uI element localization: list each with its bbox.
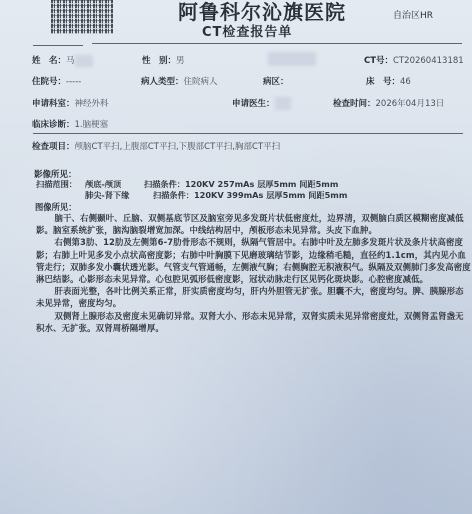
exam-time-field: 检查时间：2026年04月13日 bbox=[333, 97, 444, 109]
diagnosis-field: 临床诊断：1.脑梗塞 bbox=[32, 118, 108, 130]
exam-items-field: 检查项目：颅脑CT平扫,上腹部CT平扫,下腹部CT平扫,胸部CT平扫 bbox=[32, 140, 280, 152]
diagnosis-label: 临床诊断： bbox=[32, 120, 75, 130]
scan-range-2: 肺尖-肾下缘 bbox=[85, 190, 129, 201]
findings-text: 脑干、右侧颞叶、丘脑、双侧基底节区及脑室旁见多发斑片状低密度灶，边界清，双侧脑白… bbox=[36, 212, 472, 334]
redacted-name bbox=[75, 55, 93, 67]
scan-conditions-1: 扫描条件：120KV 257mAs 层厚5mm 间距5mm bbox=[144, 179, 338, 190]
patient-name-field: 姓 名：马 bbox=[32, 54, 93, 67]
report-paper: 阿鲁科尔沁旗医院 CT检查报告单 自治区HR 姓 名：马 性 别：男 CT号：C… bbox=[0, 0, 472, 514]
exam-items-value: 颅脑CT平扫,上腹部CT平扫,下腹部CT平扫,胸部CT平扫 bbox=[75, 142, 281, 152]
request-dept-label: 申请科室： bbox=[32, 99, 75, 109]
request-doctor-label: 申请医生： bbox=[232, 99, 275, 109]
request-doctor-field: 申请医生： bbox=[232, 97, 291, 110]
exam-items-label: 检查项目： bbox=[32, 142, 75, 152]
patient-name-label: 姓 名： bbox=[32, 56, 66, 66]
finding-chest: 右侧第3肋、12肋及左侧第6-7肋骨形态不规则，纵隔气管居中。右肺中叶及左肺多发… bbox=[36, 236, 472, 285]
inpatient-number-label: 住院号： bbox=[32, 77, 66, 87]
bed-number-field: 床 号：46 bbox=[366, 75, 411, 87]
ct-number-field: CT号：CT20260413181 bbox=[364, 54, 464, 66]
exam-time-label: 检查时间： bbox=[333, 99, 376, 109]
qr-code bbox=[51, 0, 113, 34]
request-dept-field: 申请科室：神经外科 bbox=[32, 97, 109, 109]
section-rule bbox=[33, 133, 463, 134]
region-code: 自治区HR bbox=[393, 8, 433, 21]
finding-brain: 脑干、右侧颞叶、丘脑、双侧基底节区及脑室旁见多发斑片状低密度灶，边界清，双侧脑白… bbox=[36, 212, 472, 236]
patient-type-field: 病人类型：住院病人 bbox=[141, 75, 218, 87]
scan-range-1: 颅底-颅顶 bbox=[85, 179, 121, 190]
ct-number-label: CT号： bbox=[364, 56, 393, 66]
patient-type-label: 病人类型： bbox=[141, 77, 184, 87]
gender-field: 性 别：男 bbox=[142, 54, 185, 66]
header-rule-left bbox=[33, 45, 83, 46]
patient-type-value: 住院病人 bbox=[184, 77, 218, 87]
ct-number-value: CT20260413181 bbox=[393, 56, 464, 66]
ward-label: 病区： bbox=[263, 77, 289, 87]
scan-range-label: 扫描范围： bbox=[36, 179, 77, 190]
diagnosis-value: 1.脑梗塞 bbox=[75, 120, 109, 130]
inpatient-number-value: ----- bbox=[66, 77, 81, 87]
exam-time-value: 2026年04月13日 bbox=[376, 99, 445, 109]
patient-name-value: 马 bbox=[66, 56, 75, 66]
redacted-field bbox=[268, 52, 316, 66]
bed-number-value: 46 bbox=[400, 77, 411, 87]
redacted-doctor bbox=[275, 97, 291, 110]
finding-kidneys: 双侧肾上腺形态及密度未见确切异常。双肾大小、形态未见异常，双肾实质未见异常密度灶… bbox=[36, 310, 472, 334]
finding-abdomen: 肝表面光整，各叶比例关系正常，肝实质密度均匀，肝内外胆管无扩张。胆囊不大，密度均… bbox=[36, 285, 472, 309]
gender-label: 性 别： bbox=[142, 56, 176, 66]
request-dept-value: 神经外科 bbox=[75, 99, 109, 109]
ward-field: 病区： bbox=[263, 75, 289, 87]
report-title: CT检查报告单 bbox=[202, 21, 292, 40]
scan-conditions-2: 扫描条件：120KV 399mAs 层厚5mm 间距5mm bbox=[153, 190, 347, 201]
inpatient-number-field: 住院号：----- bbox=[32, 75, 81, 87]
gender-value: 男 bbox=[176, 56, 185, 66]
header-rule-right bbox=[92, 43, 462, 44]
bed-number-label: 床 号： bbox=[366, 77, 400, 87]
